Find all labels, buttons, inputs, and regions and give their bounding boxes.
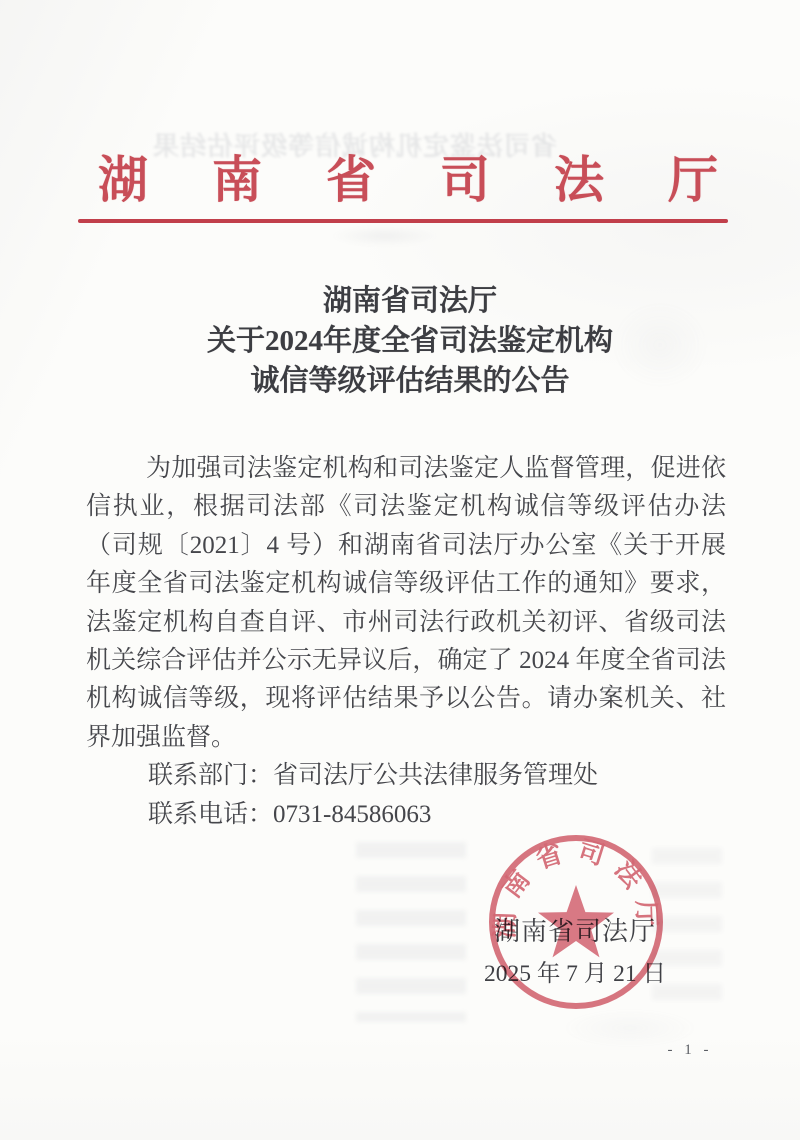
body-line: （司规〔2021〕4 号）和湖南省司法厅办公室《关于开展 2024 bbox=[86, 527, 726, 565]
document-title-line-1: 湖南省司法厅 bbox=[60, 281, 760, 321]
scanned-document-page: 省司法鉴定机构诚信等级评估结果 湖南省司法厅 湖南省司法厅 关于2024年度全省… bbox=[0, 0, 800, 1140]
scan-smudge bbox=[330, 226, 440, 246]
official-seal: 湖南省司法厅 bbox=[486, 832, 666, 1012]
masthead-agency-name: 湖南省司法厅 bbox=[98, 153, 782, 208]
body-line: 法鉴定机构自查自评、市州司法行政机关初评、省级司法行政 bbox=[86, 604, 726, 642]
body-line: 机构诚信等级，现将评估结果予以公告。请办案机关、社会各 bbox=[86, 680, 726, 718]
body-line: 为加强司法鉴定机构和司法鉴定人监督管理，促进依法诚 bbox=[86, 450, 726, 488]
body-line: 年度全省司法鉴定机构诚信等级评估工作的通知》要求，经司 bbox=[86, 565, 726, 603]
document-title: 湖南省司法厅 关于2024年度全省司法鉴定机构 诚信等级评估结果的公告 bbox=[60, 281, 760, 401]
body-line: 机关综合评估并公示无异议后，确定了 2024 年度全省司法鉴定 bbox=[86, 642, 726, 680]
document-title-line-2: 关于2024年度全省司法鉴定机构 bbox=[60, 321, 760, 361]
document-body: 为加强司法鉴定机构和司法鉴定人监督管理，促进依法诚 信执业，根据司法部《司法鉴定… bbox=[86, 450, 726, 834]
contact-phone-line: 联系电话：0731-84586063 bbox=[86, 796, 726, 834]
document-title-line-3: 诚信等级评估结果的公告 bbox=[60, 361, 760, 401]
body-line: 界加强监督。 bbox=[86, 719, 726, 757]
body-line: 信执业，根据司法部《司法鉴定机构诚信等级评估办法（试行）》 bbox=[86, 488, 726, 526]
page-number: - 1 - bbox=[650, 1042, 730, 1059]
contact-department-line: 联系部门：省司法厅公共法律服务管理处 bbox=[86, 757, 726, 795]
red-star-icon bbox=[538, 885, 614, 957]
masthead-rule bbox=[78, 219, 728, 223]
scan-smudge bbox=[356, 842, 466, 1022]
